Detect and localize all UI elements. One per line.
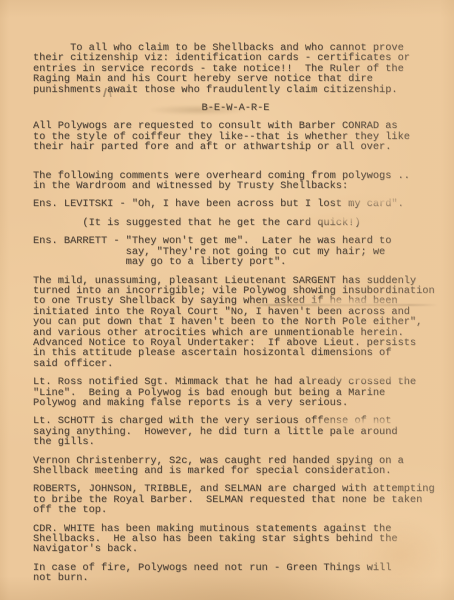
ross-paragraph: Lt. Ross notified Sgt. Mimmack that he h… <box>33 377 438 408</box>
white-paragraph: CDR. WHITE has been making mutinous stat… <box>33 524 438 555</box>
text-line: you can put down that I haven't been to … <box>33 317 438 327</box>
text-line: their hair parted fore and aft or athwar… <box>33 142 438 152</box>
barber-paragraph: All Polywogs are requested to consult wi… <box>33 121 438 152</box>
barrett-comment: Ens. BARRETT - "They won't get me". Late… <box>33 236 438 267</box>
intro-paragraph: To all who claim to be Shellbacks and wh… <box>33 43 438 95</box>
sargent-paragraph: The mild, unassuming, pleasant Lieutenan… <box>33 276 438 370</box>
text-line: Shellback meeting and is marked for spec… <box>33 466 438 476</box>
fire-paragraph: In case of fire, Polywogs need not run -… <box>33 563 438 584</box>
levitski-aside: (It is suggested that he get the card qu… <box>33 218 438 228</box>
document-page: To all who claim to be Shellbacks and wh… <box>0 0 454 600</box>
text-line: said officer. <box>33 359 438 369</box>
beware-heading: B-E-W-A-R-E <box>33 103 438 113</box>
christenberry-paragraph: Vernon Christenberry, S2c, was caught re… <box>33 456 438 477</box>
text-line: not burn. <box>33 573 438 583</box>
text-line: Navigator's back. <box>33 544 438 554</box>
text-line: Lt. Ross notified Sgt. Mimmack that he h… <box>33 377 438 387</box>
text-line: In case of fire, Polywogs need not run -… <box>33 563 438 573</box>
text-line: Ens. LEVITSKI - "Oh, I have been across … <box>33 199 438 209</box>
text-line: (It is suggested that he get the card qu… <box>33 218 438 228</box>
text-line: off the top. <box>33 505 438 515</box>
text-line: punishments await those who fraudulently… <box>33 85 438 95</box>
document-body: To all who claim to be Shellbacks and wh… <box>33 43 438 592</box>
text-line: may go to a liberty port". <box>33 257 438 267</box>
levitski-comment: Ens. LEVITSKI - "Oh, I have been across … <box>33 199 438 209</box>
text-line: the gills. <box>33 437 438 447</box>
text-line: Polywog and making false reports is a ve… <box>33 398 438 408</box>
comments-intro: The following comments were overheard co… <box>33 171 438 192</box>
bribe-paragraph: ROBERTS, JOHNSON, TRIBBLE, and SELMAN ar… <box>33 484 438 515</box>
text-line: B-E-W-A-R-E <box>33 103 438 113</box>
schott-paragraph: Lt. SCHOTT is charged with the very seri… <box>33 416 438 447</box>
text-line: in the Wardroom and witnessed by Trusty … <box>33 181 438 191</box>
